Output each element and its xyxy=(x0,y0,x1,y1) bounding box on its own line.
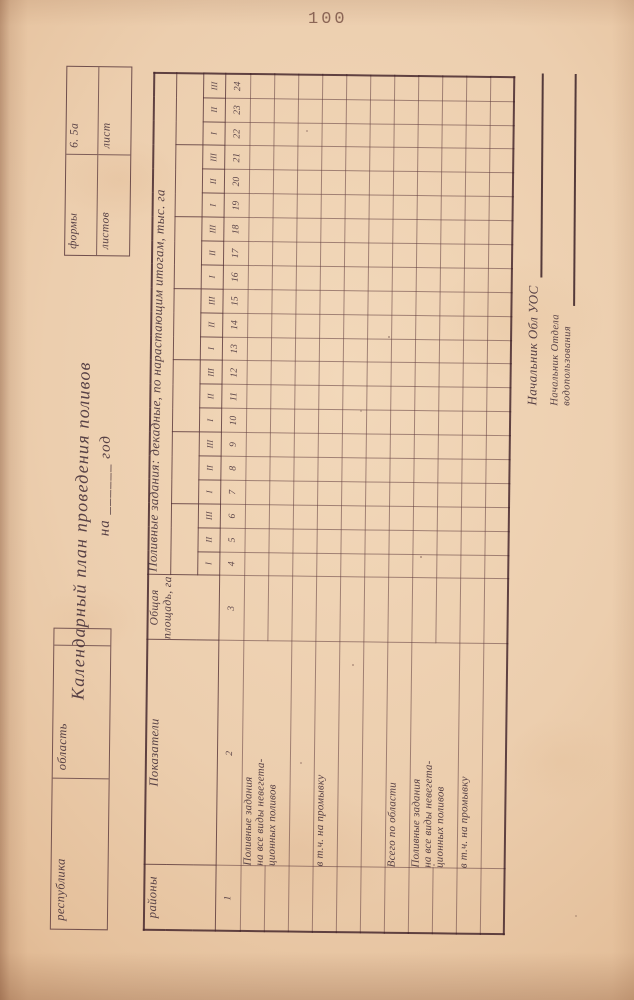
decade-value-cell xyxy=(340,529,364,553)
decade-value-cell xyxy=(394,76,418,100)
month-cell xyxy=(175,145,203,217)
decade-value-cell xyxy=(462,364,486,388)
raiony-cell xyxy=(264,866,289,931)
decade-value-cell xyxy=(245,504,269,528)
decade-numeral-cell: I xyxy=(200,337,222,361)
row-label-cell: в т.ч. на промывку xyxy=(457,644,484,869)
ploshchad-cell xyxy=(339,577,364,642)
decade-value-cell xyxy=(365,482,389,506)
decade-value-cell xyxy=(344,219,368,243)
decade-value-cell xyxy=(484,531,508,555)
decade-value-cell xyxy=(273,194,297,218)
decade-value-cell xyxy=(486,388,510,412)
col-header-raiony: районы xyxy=(144,865,216,931)
pokazateli-cell xyxy=(289,642,316,867)
decade-value-cell xyxy=(294,433,318,457)
column-number-cell: 24 xyxy=(225,74,250,98)
decade-header-text: Поливные задания: декадные, по нарастающ… xyxy=(144,189,168,574)
decade-value-cell xyxy=(296,218,320,242)
decade-numeral-cell: I xyxy=(202,193,224,217)
column-number-cell: 20 xyxy=(224,170,249,194)
decade-value-cell xyxy=(462,411,486,435)
ploshchad-cell xyxy=(459,579,484,644)
decade-value-cell xyxy=(416,267,440,291)
decade-value-cell xyxy=(485,483,509,507)
month-cell xyxy=(172,360,200,432)
month-cell xyxy=(174,217,202,289)
decade-numeral-cell: I xyxy=(202,122,224,146)
decade-value-cell xyxy=(439,339,463,363)
ploshchad-cell xyxy=(291,577,316,642)
signature-title-1: Начальник Обл УОС xyxy=(524,285,541,405)
decade-value-cell xyxy=(417,124,441,148)
decade-value-cell xyxy=(490,101,514,125)
decade-value-cell xyxy=(340,553,364,577)
column-number-cell: 10 xyxy=(221,408,246,432)
decade-value-cell xyxy=(466,101,490,125)
decade-numeral-cell: II xyxy=(201,241,223,265)
decade-value-cell xyxy=(484,555,508,579)
decade-value-cell xyxy=(417,196,441,220)
decade-value-cell xyxy=(370,76,394,100)
column-number-cell: 5 xyxy=(219,528,244,552)
decade-numeral-cell: II xyxy=(202,169,224,193)
decade-value-cell xyxy=(272,218,296,242)
decade-value-cell xyxy=(298,75,322,99)
decade-value-cell xyxy=(296,266,320,290)
decade-value-cell xyxy=(271,337,295,361)
decade-value-cell xyxy=(489,149,513,173)
column-number-cell: 11 xyxy=(221,385,246,409)
decade-value-cell xyxy=(250,98,274,122)
decade-value-cell xyxy=(274,75,298,99)
decade-numeral-cell: II xyxy=(198,456,220,480)
decade-numeral-cell: I xyxy=(197,552,219,576)
raiony-cell xyxy=(312,867,337,932)
decade-numeral-cell: III xyxy=(199,432,221,456)
decade-value-cell xyxy=(460,531,484,555)
decade-value-cell xyxy=(392,219,416,243)
decade-value-cell xyxy=(488,268,512,292)
decade-value-cell xyxy=(390,363,414,387)
decade-value-cell xyxy=(293,481,317,505)
row-label-cell: Поливные заданияна все виды невегета-цио… xyxy=(409,643,460,869)
ploshchad-cell xyxy=(363,577,388,642)
decade-value-cell xyxy=(440,268,464,292)
decade-value-cell xyxy=(388,554,412,578)
decade-value-cell xyxy=(414,435,438,459)
decade-value-cell xyxy=(269,481,293,505)
decade-value-cell xyxy=(438,387,462,411)
decade-value-cell xyxy=(345,147,369,171)
column-number-cell: 19 xyxy=(224,193,249,217)
decade-value-cell xyxy=(416,244,440,268)
decade-value-cell xyxy=(316,529,340,553)
decade-value-cell xyxy=(463,340,487,364)
decade-value-cell xyxy=(318,386,342,410)
decade-value-cell xyxy=(343,338,367,362)
decade-value-cell xyxy=(247,313,271,337)
decade-value-cell xyxy=(391,291,415,315)
decade-value-cell xyxy=(320,219,344,243)
decade-value-cell xyxy=(489,197,513,221)
signature-block: Начальник Обл УОС Начальник Отдела водоп… xyxy=(524,73,586,406)
decade-numeral-cell: III xyxy=(203,74,225,98)
decade-value-cell xyxy=(248,242,272,266)
decade-value-cell xyxy=(294,362,318,386)
ploshchad-cell xyxy=(387,578,412,643)
column-number-cell: 22 xyxy=(224,122,249,146)
decade-value-cell xyxy=(438,435,462,459)
decade-value-cell xyxy=(318,434,342,458)
decade-value-cell xyxy=(367,315,391,339)
decade-value-cell xyxy=(317,481,341,505)
sheets-label: листов xyxy=(97,155,130,255)
pokazateli-cell xyxy=(361,642,388,867)
month-cell xyxy=(171,432,199,504)
signature-row-2: Начальник Отдела водопользования xyxy=(549,74,577,406)
decade-value-cell xyxy=(414,363,438,387)
decade-value-cell xyxy=(436,554,460,578)
decade-value-cell xyxy=(298,99,322,123)
decade-value-cell xyxy=(464,220,488,244)
decade-value-cell xyxy=(388,530,412,554)
column-number-cell: 3 xyxy=(218,576,244,641)
month-cell xyxy=(175,73,203,145)
decade-value-cell xyxy=(487,316,511,340)
form-number: 6. 5а xyxy=(66,67,99,155)
decade-value-cell xyxy=(365,506,389,530)
decade-value-cell xyxy=(412,530,436,554)
decade-numeral-cell: III xyxy=(200,360,222,384)
row-label-cell: Поливные заданияна все виды невегета-цио… xyxy=(241,641,292,867)
decade-value-cell xyxy=(294,385,318,409)
decade-numeral-cell: III xyxy=(202,145,224,169)
decade-value-cell xyxy=(364,554,388,578)
decade-value-cell xyxy=(343,314,367,338)
decade-value-cell xyxy=(322,75,346,99)
raiony-cell xyxy=(336,867,361,932)
decade-value-cell xyxy=(293,457,317,481)
decade-value-cell xyxy=(412,554,436,578)
column-number-cell: 13 xyxy=(222,337,247,361)
decade-value-cell xyxy=(391,339,415,363)
decade-value-cell xyxy=(389,482,413,506)
decade-value-cell xyxy=(463,316,487,340)
decade-value-cell xyxy=(368,219,392,243)
decade-value-cell xyxy=(418,76,442,100)
decade-value-cell xyxy=(414,411,438,435)
decade-value-cell xyxy=(369,124,393,148)
decade-numeral-cell: III xyxy=(201,217,223,241)
decade-value-cell xyxy=(368,243,392,267)
decade-value-cell xyxy=(390,411,414,435)
decade-value-cell xyxy=(297,147,321,171)
decade-value-cell xyxy=(366,362,390,386)
col-header-obshchaya-ploshchad: Общая площадь, га xyxy=(147,575,219,641)
decade-value-cell xyxy=(318,362,342,386)
paper-specks xyxy=(0,0,2,2)
decade-value-cell xyxy=(268,552,292,576)
decade-value-cell xyxy=(366,410,390,434)
decade-value-cell xyxy=(466,77,490,101)
decade-value-cell xyxy=(321,147,345,171)
decade-value-cell xyxy=(415,339,439,363)
signature-line-1 xyxy=(528,73,543,277)
decade-numeral-cell: II xyxy=(203,98,225,122)
decade-value-cell xyxy=(295,338,319,362)
decade-value-cell xyxy=(270,433,294,457)
decade-value-cell xyxy=(490,77,514,101)
decade-value-cell xyxy=(414,387,438,411)
decade-value-cell xyxy=(346,99,370,123)
decade-value-cell xyxy=(391,315,415,339)
decade-value-cell xyxy=(369,171,393,195)
raiony-cell xyxy=(384,868,409,933)
col-header-pokazateli: Показатели xyxy=(145,640,219,866)
decade-value-cell xyxy=(413,459,437,483)
ploshchad-cell xyxy=(411,578,436,643)
decade-numeral-cell: III xyxy=(200,289,222,313)
decade-value-cell xyxy=(441,196,465,220)
decade-value-cell xyxy=(345,123,369,147)
signature-line-2 xyxy=(561,74,577,306)
decade-value-cell xyxy=(485,459,509,483)
decade-value-cell xyxy=(316,553,340,577)
decade-value-cell xyxy=(460,555,484,579)
decade-value-cell xyxy=(366,434,390,458)
decade-value-cell xyxy=(272,266,296,290)
decade-value-cell xyxy=(442,101,466,125)
decade-value-cell xyxy=(437,459,461,483)
decade-value-cell xyxy=(249,194,273,218)
decade-value-cell xyxy=(413,506,437,530)
decade-value-cell xyxy=(488,221,512,245)
decade-value-cell xyxy=(322,99,346,123)
column-number-cell: 14 xyxy=(222,313,247,337)
decade-value-cell xyxy=(366,386,390,410)
decade-value-cell xyxy=(418,100,442,124)
decade-value-cell xyxy=(270,409,294,433)
sheet-label: лист xyxy=(98,67,131,155)
decade-numeral-cell: I xyxy=(201,265,223,289)
decade-value-cell xyxy=(393,124,417,148)
signature-row-1: Начальник Обл УОС xyxy=(524,73,544,405)
row-label-cell: Всего по области xyxy=(385,643,412,868)
pokazateli-cell xyxy=(337,642,364,867)
decade-value-cell xyxy=(441,124,465,148)
decade-value-cell xyxy=(341,458,365,482)
decade-value-cell xyxy=(364,530,388,554)
decade-value-cell xyxy=(489,173,513,197)
decade-value-cell xyxy=(319,338,343,362)
column-number-cell: 15 xyxy=(222,289,247,313)
decade-value-cell xyxy=(321,171,345,195)
decade-value-cell xyxy=(438,411,462,435)
decade-value-cell xyxy=(441,148,465,172)
signature-title-2: Начальник Отдела водопользования xyxy=(549,314,574,406)
decade-value-cell xyxy=(317,505,341,529)
decade-value-cell xyxy=(461,483,485,507)
decade-value-cell xyxy=(297,123,321,147)
decade-value-cell xyxy=(273,146,297,170)
raiony-cell xyxy=(408,868,433,933)
ploshchad-cell xyxy=(483,579,508,644)
decade-value-cell xyxy=(246,433,270,457)
row-label-cell: в т.ч. на промывку xyxy=(313,642,340,867)
decade-value-cell xyxy=(245,457,269,481)
decade-numeral-cell: III xyxy=(198,504,220,528)
decade-value-cell xyxy=(345,171,369,195)
decade-value-cell xyxy=(297,194,321,218)
decade-value-cell xyxy=(318,410,342,434)
decade-value-cell xyxy=(417,148,441,172)
decade-value-cell xyxy=(292,529,316,553)
decade-value-cell xyxy=(250,74,274,98)
decade-value-cell xyxy=(369,195,393,219)
column-number-cell: 23 xyxy=(225,98,250,122)
ploshchad-cell xyxy=(315,577,340,642)
decade-value-cell xyxy=(413,482,437,506)
decade-value-cell xyxy=(272,242,296,266)
decade-value-cell xyxy=(269,457,293,481)
decade-value-cell xyxy=(249,170,273,194)
decade-value-cell xyxy=(320,242,344,266)
decade-value-cell xyxy=(462,435,486,459)
decade-value-cell xyxy=(341,482,365,506)
decade-value-cell xyxy=(463,292,487,316)
decade-value-cell xyxy=(489,125,513,149)
decade-value-cell xyxy=(342,434,366,458)
decade-value-cell xyxy=(244,528,268,552)
column-number-cell: 21 xyxy=(224,146,249,170)
decade-value-cell xyxy=(319,314,343,338)
decade-value-cell xyxy=(295,314,319,338)
decade-value-cell xyxy=(392,267,416,291)
decade-value-cell xyxy=(249,146,273,170)
decade-value-cell xyxy=(488,244,512,268)
decade-value-cell xyxy=(346,75,370,99)
decade-value-cell xyxy=(367,339,391,363)
scanned-page: 100 республика область Календарный план … xyxy=(0,0,634,1000)
column-number-cell: 9 xyxy=(221,432,246,456)
decade-value-cell xyxy=(465,125,489,149)
decade-value-cell xyxy=(485,507,509,531)
decade-value-cell xyxy=(247,289,271,313)
decade-value-cell xyxy=(246,385,270,409)
decade-value-cell xyxy=(248,218,272,242)
decade-value-cell xyxy=(461,507,485,531)
decade-value-cell xyxy=(465,149,489,173)
decade-value-cell xyxy=(320,266,344,290)
column-number-cell: 8 xyxy=(220,456,245,480)
decade-value-cell xyxy=(317,457,341,481)
decade-value-cell xyxy=(462,387,486,411)
decade-value-cell xyxy=(367,291,391,315)
form-label: формы xyxy=(65,155,98,255)
decade-value-cell xyxy=(437,483,461,507)
decade-value-cell xyxy=(269,505,293,529)
form-title-line2: на ______ год xyxy=(97,435,115,536)
decade-value-cell xyxy=(416,220,440,244)
decade-numeral-cell: II xyxy=(199,384,221,408)
decade-value-cell xyxy=(342,410,366,434)
decade-value-cell xyxy=(390,434,414,458)
decade-value-cell xyxy=(341,505,365,529)
decade-value-cell xyxy=(368,267,392,291)
decade-value-cell xyxy=(297,170,321,194)
decade-value-cell xyxy=(392,243,416,267)
raiony-cell xyxy=(432,868,457,933)
ploshchad-cell xyxy=(435,578,460,643)
ploshchad-cell xyxy=(267,576,292,641)
decade-value-cell xyxy=(296,242,320,266)
month-cell xyxy=(170,503,198,575)
decade-value-cell xyxy=(415,291,439,315)
decade-value-cell xyxy=(294,409,318,433)
decade-value-cell xyxy=(438,363,462,387)
decade-numeral-cell: I xyxy=(198,480,220,504)
decade-value-cell xyxy=(465,172,489,196)
decade-value-cell xyxy=(417,172,441,196)
form-number-box: формы 6. 5а листов лист xyxy=(64,66,132,257)
column-number-cell: 16 xyxy=(223,265,248,289)
pokazateli-cell xyxy=(481,644,508,869)
decade-value-cell xyxy=(343,290,367,314)
decade-value-cell xyxy=(270,385,294,409)
decade-value-cell xyxy=(246,361,270,385)
calendar-plan-table: районыПоказателиОбщая площадь, гаПоливны… xyxy=(143,72,515,935)
decade-value-cell xyxy=(248,265,272,289)
decade-value-cell xyxy=(274,98,298,122)
decade-value-cell xyxy=(273,122,297,146)
decade-value-cell xyxy=(440,220,464,244)
decade-value-cell xyxy=(465,196,489,220)
column-number-cell: 12 xyxy=(221,361,246,385)
decade-value-cell xyxy=(439,316,463,340)
column-number-cell: 1 xyxy=(215,866,241,931)
decade-value-cell xyxy=(393,148,417,172)
column-number-cell: 2 xyxy=(216,641,244,866)
decade-value-cell xyxy=(437,507,461,531)
decade-value-cell xyxy=(271,290,295,314)
decade-value-cell xyxy=(389,506,413,530)
decade-value-cell xyxy=(293,505,317,529)
decade-value-cell xyxy=(268,528,292,552)
page-number: 100 xyxy=(308,10,348,29)
raiony-cell xyxy=(480,869,505,934)
decade-value-cell xyxy=(464,244,488,268)
column-number-cell: 18 xyxy=(223,217,248,241)
rotated-form-sheet: республика область Календарный план пров… xyxy=(0,57,634,1000)
column-number-cell: 4 xyxy=(219,552,244,576)
decade-value-cell xyxy=(486,364,510,388)
raiony-cell xyxy=(288,867,313,932)
decade-value-cell xyxy=(245,480,269,504)
raiony-cell xyxy=(456,869,481,934)
republic-field: республика xyxy=(51,778,109,929)
decade-value-cell xyxy=(487,292,511,316)
column-number-cell: 6 xyxy=(220,504,245,528)
column-number-cell: 7 xyxy=(220,480,245,504)
decade-value-cell xyxy=(394,100,418,124)
decade-value-cell xyxy=(441,172,465,196)
decade-value-cell xyxy=(345,195,369,219)
decade-value-cell xyxy=(393,172,417,196)
decade-value-cell xyxy=(370,100,394,124)
decade-value-cell xyxy=(273,170,297,194)
decade-value-cell xyxy=(295,290,319,314)
